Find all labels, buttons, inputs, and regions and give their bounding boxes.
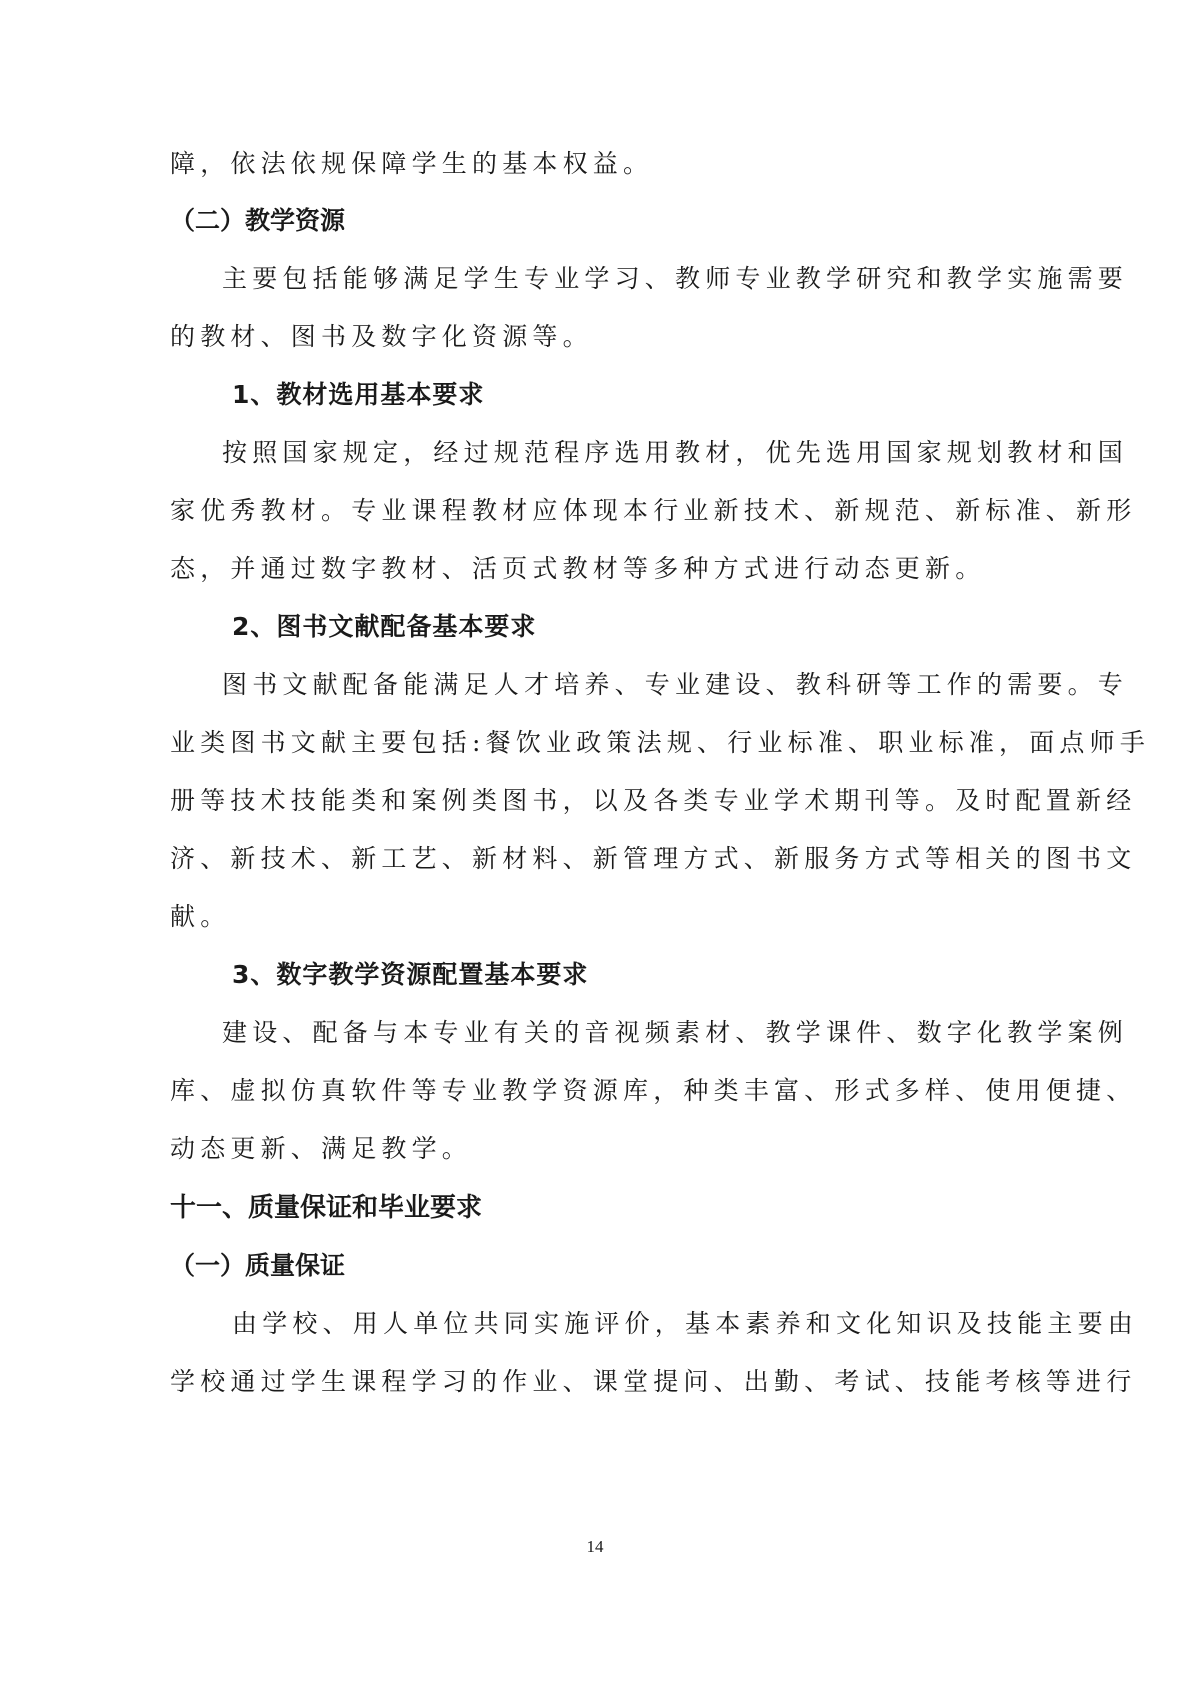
body-text-line: 献。 [170,902,1030,932]
body-text-line: 库、虚拟仿真软件等专业教学资源库，种类丰富、形式多样、使用便捷、 [170,1076,1030,1106]
body-text-line: 济、新技术、新工艺、新材料、新管理方式、新服务方式等相关的图书文 [170,844,1030,874]
page-number: 14 [0,1537,1190,1557]
body-text-line: 由学校、用人单位共同实施评价，基本素养和文化知识及技能主要由 [232,1309,1030,1339]
body-text-line: 的教材、图书及数字化资源等。 [170,322,1030,352]
body-text-line: 动态更新、满足教学。 [170,1134,1030,1164]
subheading-digital-resources: 3、数字教学资源配置基本要求 [232,960,588,990]
document-page: 障，依法依规保障学生的基本权益。 （二）教学资源 主要包括能够满足学生专业学习、… [0,0,1190,1683]
body-text-line: 主要包括能够满足学生专业学习、教师专业教学研究和教学实施需要 [222,264,1030,294]
subheading-textbook-selection: 1、教材选用基本要求 [232,380,484,410]
section-heading-teaching-resources: （二）教学资源 [170,206,345,236]
body-text-line: 家优秀教材。专业课程教材应体现本行业新技术、新规范、新标准、新形 [170,496,1030,526]
body-text-line: 学校通过学生课程学习的作业、课堂提问、出勤、考试、技能考核等进行 [170,1367,1030,1397]
body-text-line: 按照国家规定，经过规范程序选用教材，优先选用国家规划教材和国 [222,438,1030,468]
chapter-heading-quality-assurance: 十一、质量保证和毕业要求 [170,1193,482,1223]
body-text-line: 障，依法依规保障学生的基本权益。 [170,149,1030,179]
subheading-library-resources: 2、图书文献配备基本要求 [232,612,536,642]
body-text-line: 册等技术技能类和案例类图书，以及各类专业学术期刊等。及时配置新经 [170,786,1030,816]
section-heading-quality-guarantee: （一）质量保证 [170,1251,345,1281]
body-text-line: 图书文献配备能满足人才培养、专业建设、教科研等工作的需要。专 [222,670,1030,700]
body-text-line: 态，并通过数字教材、活页式教材等多种方式进行动态更新。 [170,554,1030,584]
body-text-line: 业类图书文献主要包括:餐饮业政策法规、行业标准、职业标准，面点师手 [170,728,1030,758]
body-text-line: 建设、配备与本专业有关的音视频素材、教学课件、数字化教学案例 [222,1018,1030,1048]
